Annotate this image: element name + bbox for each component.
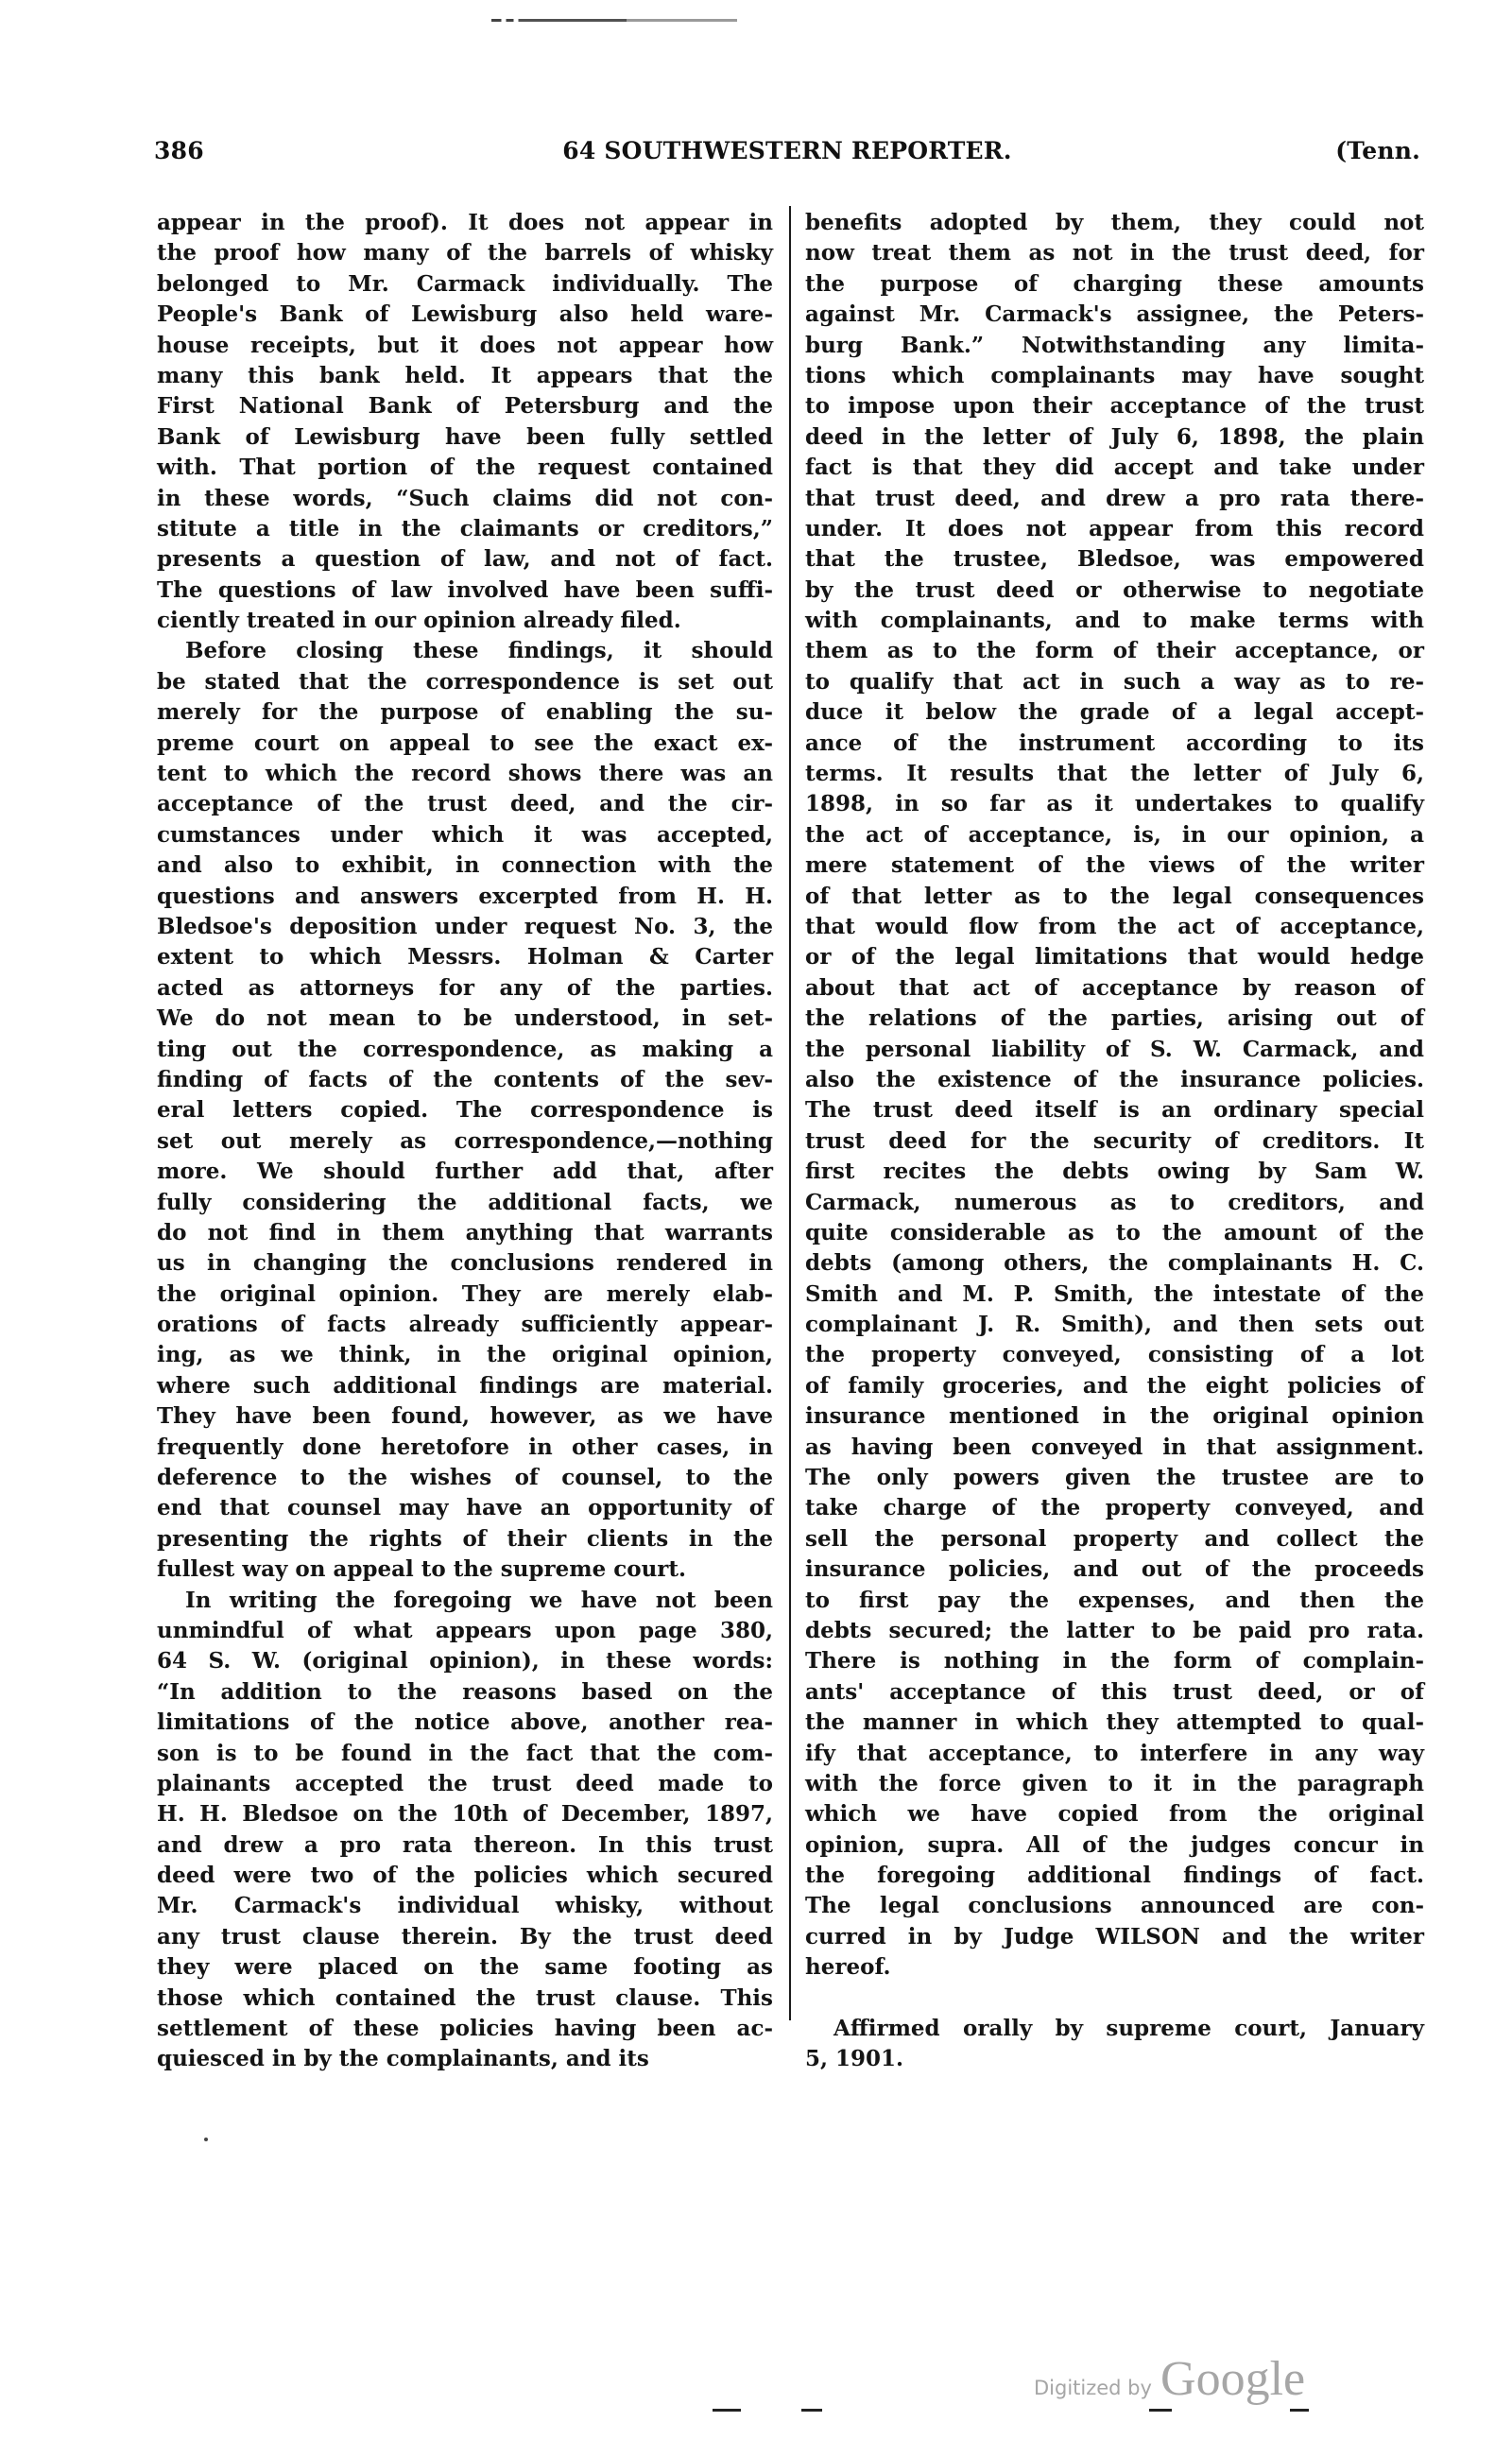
- text-line: Before closing these findings, it should: [157, 636, 773, 666]
- text-line: the manner in which they attempted to qu…: [805, 1708, 1424, 1738]
- text-line: Carmack, numerous as to creditors, and: [805, 1188, 1424, 1218]
- text-line: ance of the instrument according to its: [805, 729, 1424, 759]
- text-line: with complainants, and to make terms wit…: [805, 606, 1424, 636]
- text-line: many this bank held. It appears that the: [157, 361, 773, 391]
- text-line: ants' acceptance of this trust deed, or …: [805, 1677, 1424, 1708]
- disposition-line: Affirmed orally by supreme court, Januar…: [805, 2014, 1424, 2044]
- text-line: the relations of the parties, arising ou…: [805, 1004, 1424, 1034]
- text-line: presenting the rights of their clients i…: [157, 1524, 773, 1554]
- text-line: the purpose of charging these amounts: [805, 269, 1424, 300]
- text-line: orations of facts already sufficiently a…: [157, 1310, 773, 1340]
- text-line: the foregoing additional findings of fac…: [805, 1861, 1424, 1891]
- text-line: questions and answers excerpted from H. …: [157, 882, 773, 912]
- text-line: insurance policies, and out of the proce…: [805, 1554, 1424, 1585]
- text-line: opinion, supra. All of the judges concur…: [805, 1830, 1424, 1861]
- running-head: 386 64 SOUTHWESTERN REPORTER. (Tenn.: [154, 137, 1420, 175]
- text-line: in these words, “Such claims did not con…: [157, 484, 773, 514]
- text-line: as having been conveyed in that assignme…: [805, 1433, 1424, 1463]
- text-line: extent to which Messrs. Holman & Carter: [157, 942, 773, 972]
- text-line: the act of acceptance, is, in our opinio…: [805, 820, 1424, 850]
- text-line: take charge of the property conveyed, an…: [805, 1493, 1424, 1523]
- text-line: The legal conclusions announced are con-: [805, 1891, 1424, 1921]
- text-line: where such additional findings are mater…: [157, 1371, 773, 1401]
- text-line: “In addition to the reasons based on the: [157, 1677, 773, 1708]
- text-line: complainant J. R. Smith), and then sets …: [805, 1310, 1424, 1340]
- text-line: frequently done heretofore in other case…: [157, 1433, 773, 1463]
- text-line: house receipts, but it does not appear h…: [157, 331, 773, 361]
- text-line: The trust deed itself is an ordinary spe…: [805, 1095, 1424, 1125]
- text-line: us in changing the conclusions rendered …: [157, 1248, 773, 1279]
- text-line: cumstances under which it was accepted,: [157, 820, 773, 850]
- text-line: ify that acceptance, to interfere in any…: [805, 1739, 1424, 1769]
- text-line: In writing the foregoing we have not bee…: [157, 1586, 773, 1616]
- text-line: stitute a title in the claimants or cred…: [157, 514, 773, 544]
- text-line: hereof.: [805, 1952, 1424, 1983]
- column-divider: [789, 206, 791, 2020]
- text-line: fullest way on appeal to the supreme cou…: [157, 1554, 773, 1585]
- text-line: ting out the correspondence, as making a: [157, 1035, 773, 1065]
- text-line: Bank of Lewisburg have been fully settle…: [157, 422, 773, 453]
- text-line: presents a question of law, and not of f…: [157, 544, 773, 575]
- text-line: with. That portion of the request contai…: [157, 453, 773, 483]
- text-line: which we have copied from the original: [805, 1799, 1424, 1829]
- text-line: those which contained the trust clause. …: [157, 1984, 773, 2014]
- text-line: debts (among others, the complainants H.…: [805, 1248, 1424, 1279]
- text-line: The questions of law involved have been …: [157, 575, 773, 606]
- text-line: insurance mentioned in the original opin…: [805, 1401, 1424, 1432]
- text-line: sell the personal property and collect t…: [805, 1524, 1424, 1554]
- text-line: quiesced in by the complainants, and its: [157, 2044, 773, 2074]
- text-line: fully considering the additional facts, …: [157, 1188, 773, 1218]
- text-line: fact is that they did accept and take un…: [805, 453, 1424, 483]
- text-line: Bledsoe's deposition under request No. 3…: [157, 912, 773, 942]
- text-line: set out merely as correspondence,—nothin…: [157, 1126, 773, 1157]
- text-line: and also to exhibit, in connection with …: [157, 850, 773, 881]
- text-line: first recites the debts owing by Sam W.: [805, 1157, 1424, 1187]
- text-line: the original opinion. They are merely el…: [157, 1280, 773, 1310]
- text-line: the proof how many of the barrels of whi…: [157, 238, 773, 268]
- text-line: deed were two of the policies which secu…: [157, 1861, 773, 1891]
- text-line: they were placed on the same footing as: [157, 1952, 773, 1983]
- text-line: tent to which the record shows there was…: [157, 759, 773, 789]
- text-line: tions which complainants may have sought: [805, 361, 1424, 391]
- text-line: the property conveyed, consisting of a l…: [805, 1340, 1424, 1370]
- text-line: belonged to Mr. Carmack individually. Th…: [157, 269, 773, 300]
- text-line: limitations of the notice above, another…: [157, 1708, 773, 1738]
- text-line: People's Bank of Lewisburg also held war…: [157, 300, 773, 330]
- text-line: First National Bank of Petersburg and th…: [157, 391, 773, 421]
- disposition-line: 5, 1901.: [805, 2044, 1424, 2074]
- digitized-label: Digitized by: [1034, 2377, 1152, 2399]
- text-line: 1898, in so far as it undertakes to qual…: [805, 789, 1424, 819]
- text-line: merely for the purpose of enabling the s…: [157, 697, 773, 728]
- text-line: plainants accepted the trust deed made t…: [157, 1769, 773, 1799]
- text-line: or of the legal limitations that would h…: [805, 942, 1424, 972]
- text-line: them as to the form of their acceptance,…: [805, 636, 1424, 666]
- text-line: now treat them as not in the trust deed,…: [805, 238, 1424, 268]
- text-line: appear in the proof). It does not appear…: [157, 208, 773, 238]
- text-line: to qualify that act in such a way as to …: [805, 667, 1424, 697]
- text-line: unmindful of what appears upon page 380,: [157, 1616, 773, 1646]
- text-line: the personal liability of S. W. Carmack,…: [805, 1035, 1424, 1065]
- text-line: settlement of these policies having been…: [157, 2014, 773, 2044]
- text-line: of family groceries, and the eight polic…: [805, 1371, 1424, 1401]
- text-line: end that counsel may have an opportunity…: [157, 1493, 773, 1523]
- right-column: benefits adopted by them, they could not…: [805, 208, 1424, 2075]
- text-line: They have been found, however, as we hav…: [157, 1401, 773, 1432]
- text-line: curred in by Judge WILSON and the writer: [805, 1922, 1424, 1952]
- text-line: about that act of acceptance by reason o…: [805, 973, 1424, 1004]
- text-line: son is to be found in the fact that the …: [157, 1739, 773, 1769]
- text-line: and drew a pro rata thereon. In this tru…: [157, 1830, 773, 1861]
- text-line: Smith and M. P. Smith, the intestate of …: [805, 1280, 1424, 1310]
- scan-speck: [204, 2138, 208, 2141]
- text-line: eral letters copied. The correspondence …: [157, 1095, 773, 1125]
- text-line: that the trustee, Bledsoe, was empowered: [805, 544, 1424, 575]
- text-line: ing, as we think, in the original opinio…: [157, 1340, 773, 1370]
- journal-title: 64 SOUTHWESTERN REPORTER.: [154, 137, 1420, 164]
- text-line: under. It does not appear from this reco…: [805, 514, 1424, 544]
- text-line: that trust deed, and drew a pro rata the…: [805, 484, 1424, 514]
- text-line: duce it below the grade of a legal accep…: [805, 697, 1424, 728]
- state-abbreviation: (Tenn.: [1335, 137, 1420, 164]
- text-line: Mr. Carmack's individual whisky, without: [157, 1891, 773, 1921]
- text-line: be stated that the correspondence is set…: [157, 667, 773, 697]
- text-line: of that letter as to the legal consequen…: [805, 882, 1424, 912]
- text-line: We do not mean to be understood, in set-: [157, 1004, 773, 1034]
- text-line: finding of facts of the contents of the …: [157, 1065, 773, 1095]
- paragraph-gap: [805, 1984, 1424, 2014]
- text-line: preme court on appeal to see the exact e…: [157, 729, 773, 759]
- text-line: against Mr. Carmack's assignee, the Pete…: [805, 300, 1424, 330]
- digitized-by-watermark: Digitized by Google: [1034, 2351, 1305, 2407]
- text-line: to impose upon their acceptance of the t…: [805, 391, 1424, 421]
- text-line: There is nothing in the form of complain…: [805, 1646, 1424, 1676]
- text-line: also the existence of the insurance poli…: [805, 1065, 1424, 1095]
- text-line: any trust clause therein. By the trust d…: [157, 1922, 773, 1952]
- text-line: The only powers given the trustee are to: [805, 1463, 1424, 1493]
- text-line: that would flow from the act of acceptan…: [805, 912, 1424, 942]
- text-line: with the force given to it in the paragr…: [805, 1769, 1424, 1799]
- scan-artifact-top: [491, 19, 737, 22]
- google-logo: Google: [1160, 2352, 1305, 2406]
- text-line: to first pay the expenses, and then the: [805, 1586, 1424, 1616]
- text-line: acceptance of the trust deed, and the ci…: [157, 789, 773, 819]
- text-line: acted as attorneys for any of the partie…: [157, 973, 773, 1004]
- text-line: mere statement of the views of the write…: [805, 850, 1424, 881]
- text-line: H. H. Bledsoe on the 10th of December, 1…: [157, 1799, 773, 1829]
- text-line: debts secured; the latter to be paid pro…: [805, 1616, 1424, 1646]
- left-column: appear in the proof). It does not appear…: [157, 208, 773, 2075]
- text-line: quite considerable as to the amount of t…: [805, 1218, 1424, 1248]
- text-line: ciently treated in our opinion already f…: [157, 606, 773, 636]
- text-line: more. We should further add that, after: [157, 1157, 773, 1187]
- text-line: trust deed for the security of creditors…: [805, 1126, 1424, 1157]
- text-line: by the trust deed or otherwise to negoti…: [805, 575, 1424, 606]
- text-line: deference to the wishes of counsel, to t…: [157, 1463, 773, 1493]
- text-line: do not find in them anything that warran…: [157, 1218, 773, 1248]
- text-line: deed in the letter of July 6, 1898, the …: [805, 422, 1424, 453]
- text-line: terms. It results that the letter of Jul…: [805, 759, 1424, 789]
- text-line: benefits adopted by them, they could not: [805, 208, 1424, 238]
- text-line: 64 S. W. (original opinion), in these wo…: [157, 1646, 773, 1676]
- text-line: burg Bank.” Notwithstanding any limita-: [805, 331, 1424, 361]
